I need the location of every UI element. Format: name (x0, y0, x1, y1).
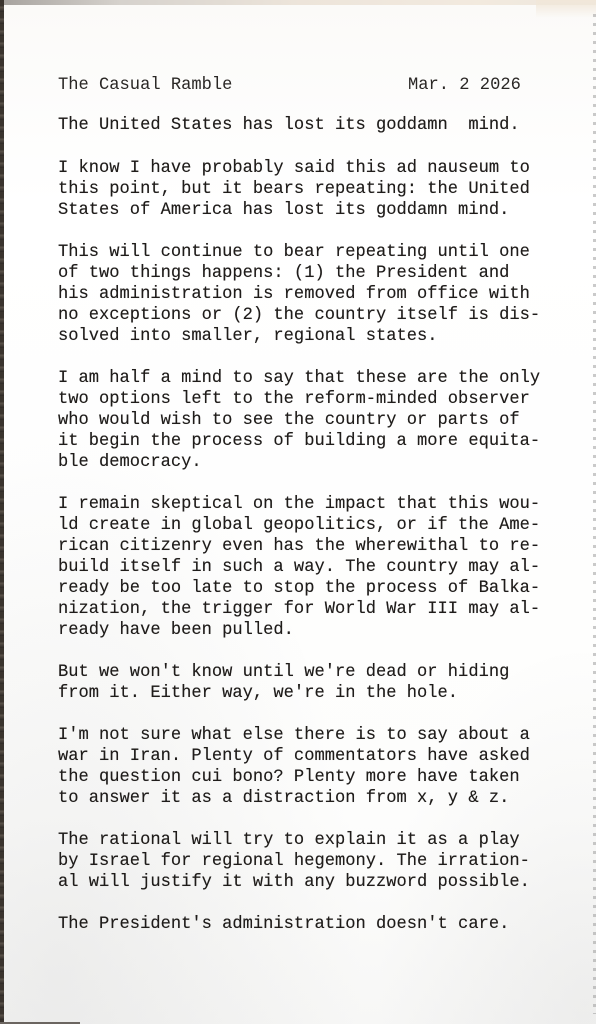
paragraph: I am half a mind to say that these are t… (58, 368, 558, 473)
paragraph: The United States has lost its goddamn m… (58, 115, 558, 136)
text-line: I remain skeptical on the impact that th… (58, 494, 558, 515)
text-line: I am half a mind to say that these are t… (58, 368, 558, 389)
text-line: I'm not sure what else there is to say a… (58, 725, 558, 746)
text-line: build itself in such a way. The country … (58, 557, 558, 578)
text-line: ld create in global geopolitics, or if t… (58, 515, 558, 536)
paragraph: The President's administration doesn't c… (58, 914, 558, 935)
text-line: war in Iran. Plenty of commentators have… (58, 746, 558, 767)
text-line: States of America has lost its goddamn m… (58, 200, 558, 221)
publication-title: The Casual Ramble (58, 75, 232, 96)
text-line: rican citizenry even has the wherewithal… (58, 536, 558, 557)
text-line: to answer it as a distraction from x, y … (58, 788, 558, 809)
text-line: I know I have probably said this ad naus… (58, 158, 558, 179)
text-line: of two things happens: (1) the President… (58, 263, 558, 284)
text-line: al will justify it with any buzzword pos… (58, 872, 558, 893)
text-line: who would wish to see the country or par… (58, 410, 558, 431)
text-line: ready have been pulled. (58, 620, 558, 641)
text-line: it begin the process of building a more … (58, 431, 558, 452)
text-line: the question cui bono? Plenty more have … (58, 767, 558, 788)
text-line: ready be too late to stop the process of… (58, 578, 558, 599)
text-line: from it. Either way, we're in the hole. (58, 683, 558, 704)
paper-left-edge (0, 0, 4, 1024)
document-date: Mar. 2 2026 (408, 75, 521, 96)
paragraph: But we won't know until we're dead or hi… (58, 662, 558, 704)
document-header: The Casual Ramble Mar. 2 2026 (58, 75, 528, 96)
paper-top-corner (536, 0, 596, 18)
text-line: The United States has lost its goddamn m… (58, 115, 558, 136)
text-line: by Israel for regional hegemony. The irr… (58, 851, 558, 872)
paragraph: I remain skeptical on the impact that th… (58, 494, 558, 641)
text-line: The rational will try to explain it as a… (58, 830, 558, 851)
text-line: solved into smaller, regional states. (58, 326, 558, 347)
text-line: two options left to the reform-minded ob… (58, 389, 558, 410)
text-line: The President's administration doesn't c… (58, 914, 558, 935)
text-line: But we won't know until we're dead or hi… (58, 662, 558, 683)
paragraph: The rational will try to explain it as a… (58, 830, 558, 893)
text-line: his administration is removed from offic… (58, 284, 558, 305)
text-line: ble democracy. (58, 452, 558, 473)
paragraph: I'm not sure what else there is to say a… (58, 725, 558, 809)
paragraph: This will continue to bear repeating unt… (58, 242, 558, 347)
paragraph: I know I have probably said this ad naus… (58, 158, 558, 221)
typewritten-page: The Casual Ramble Mar. 2 2026 The United… (0, 0, 596, 1024)
text-line: this point, but it bears repeating: the … (58, 179, 558, 200)
text-line: nization, the trigger for World War III … (58, 599, 558, 620)
paper-top-edge (0, 0, 596, 5)
text-line: no exceptions or (2) the country itself … (58, 305, 558, 326)
text-line: This will continue to bear repeating unt… (58, 242, 558, 263)
